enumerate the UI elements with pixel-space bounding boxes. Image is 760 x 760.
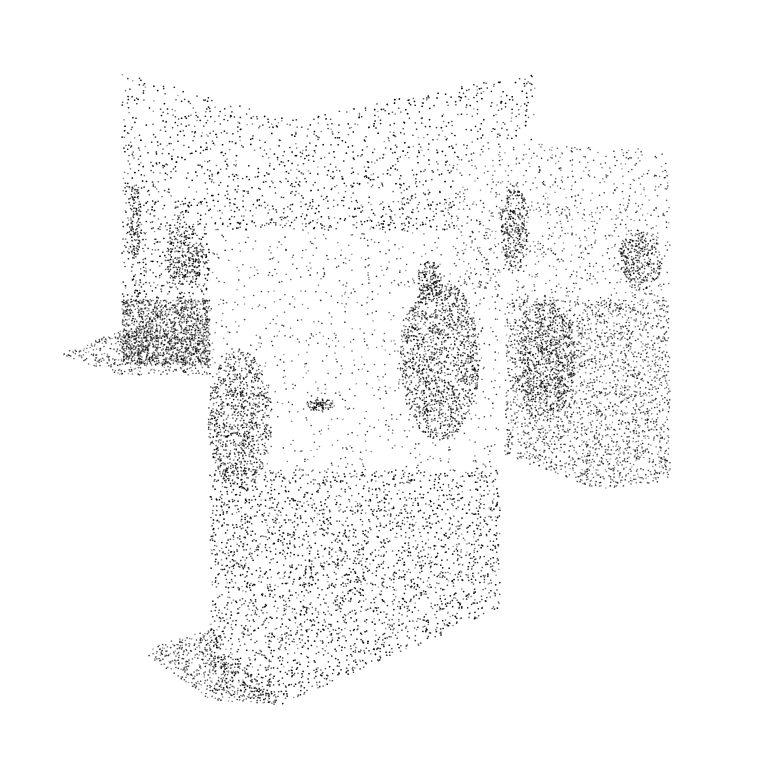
point-cloud-scene [0,0,760,760]
stipple-dots [63,74,671,705]
